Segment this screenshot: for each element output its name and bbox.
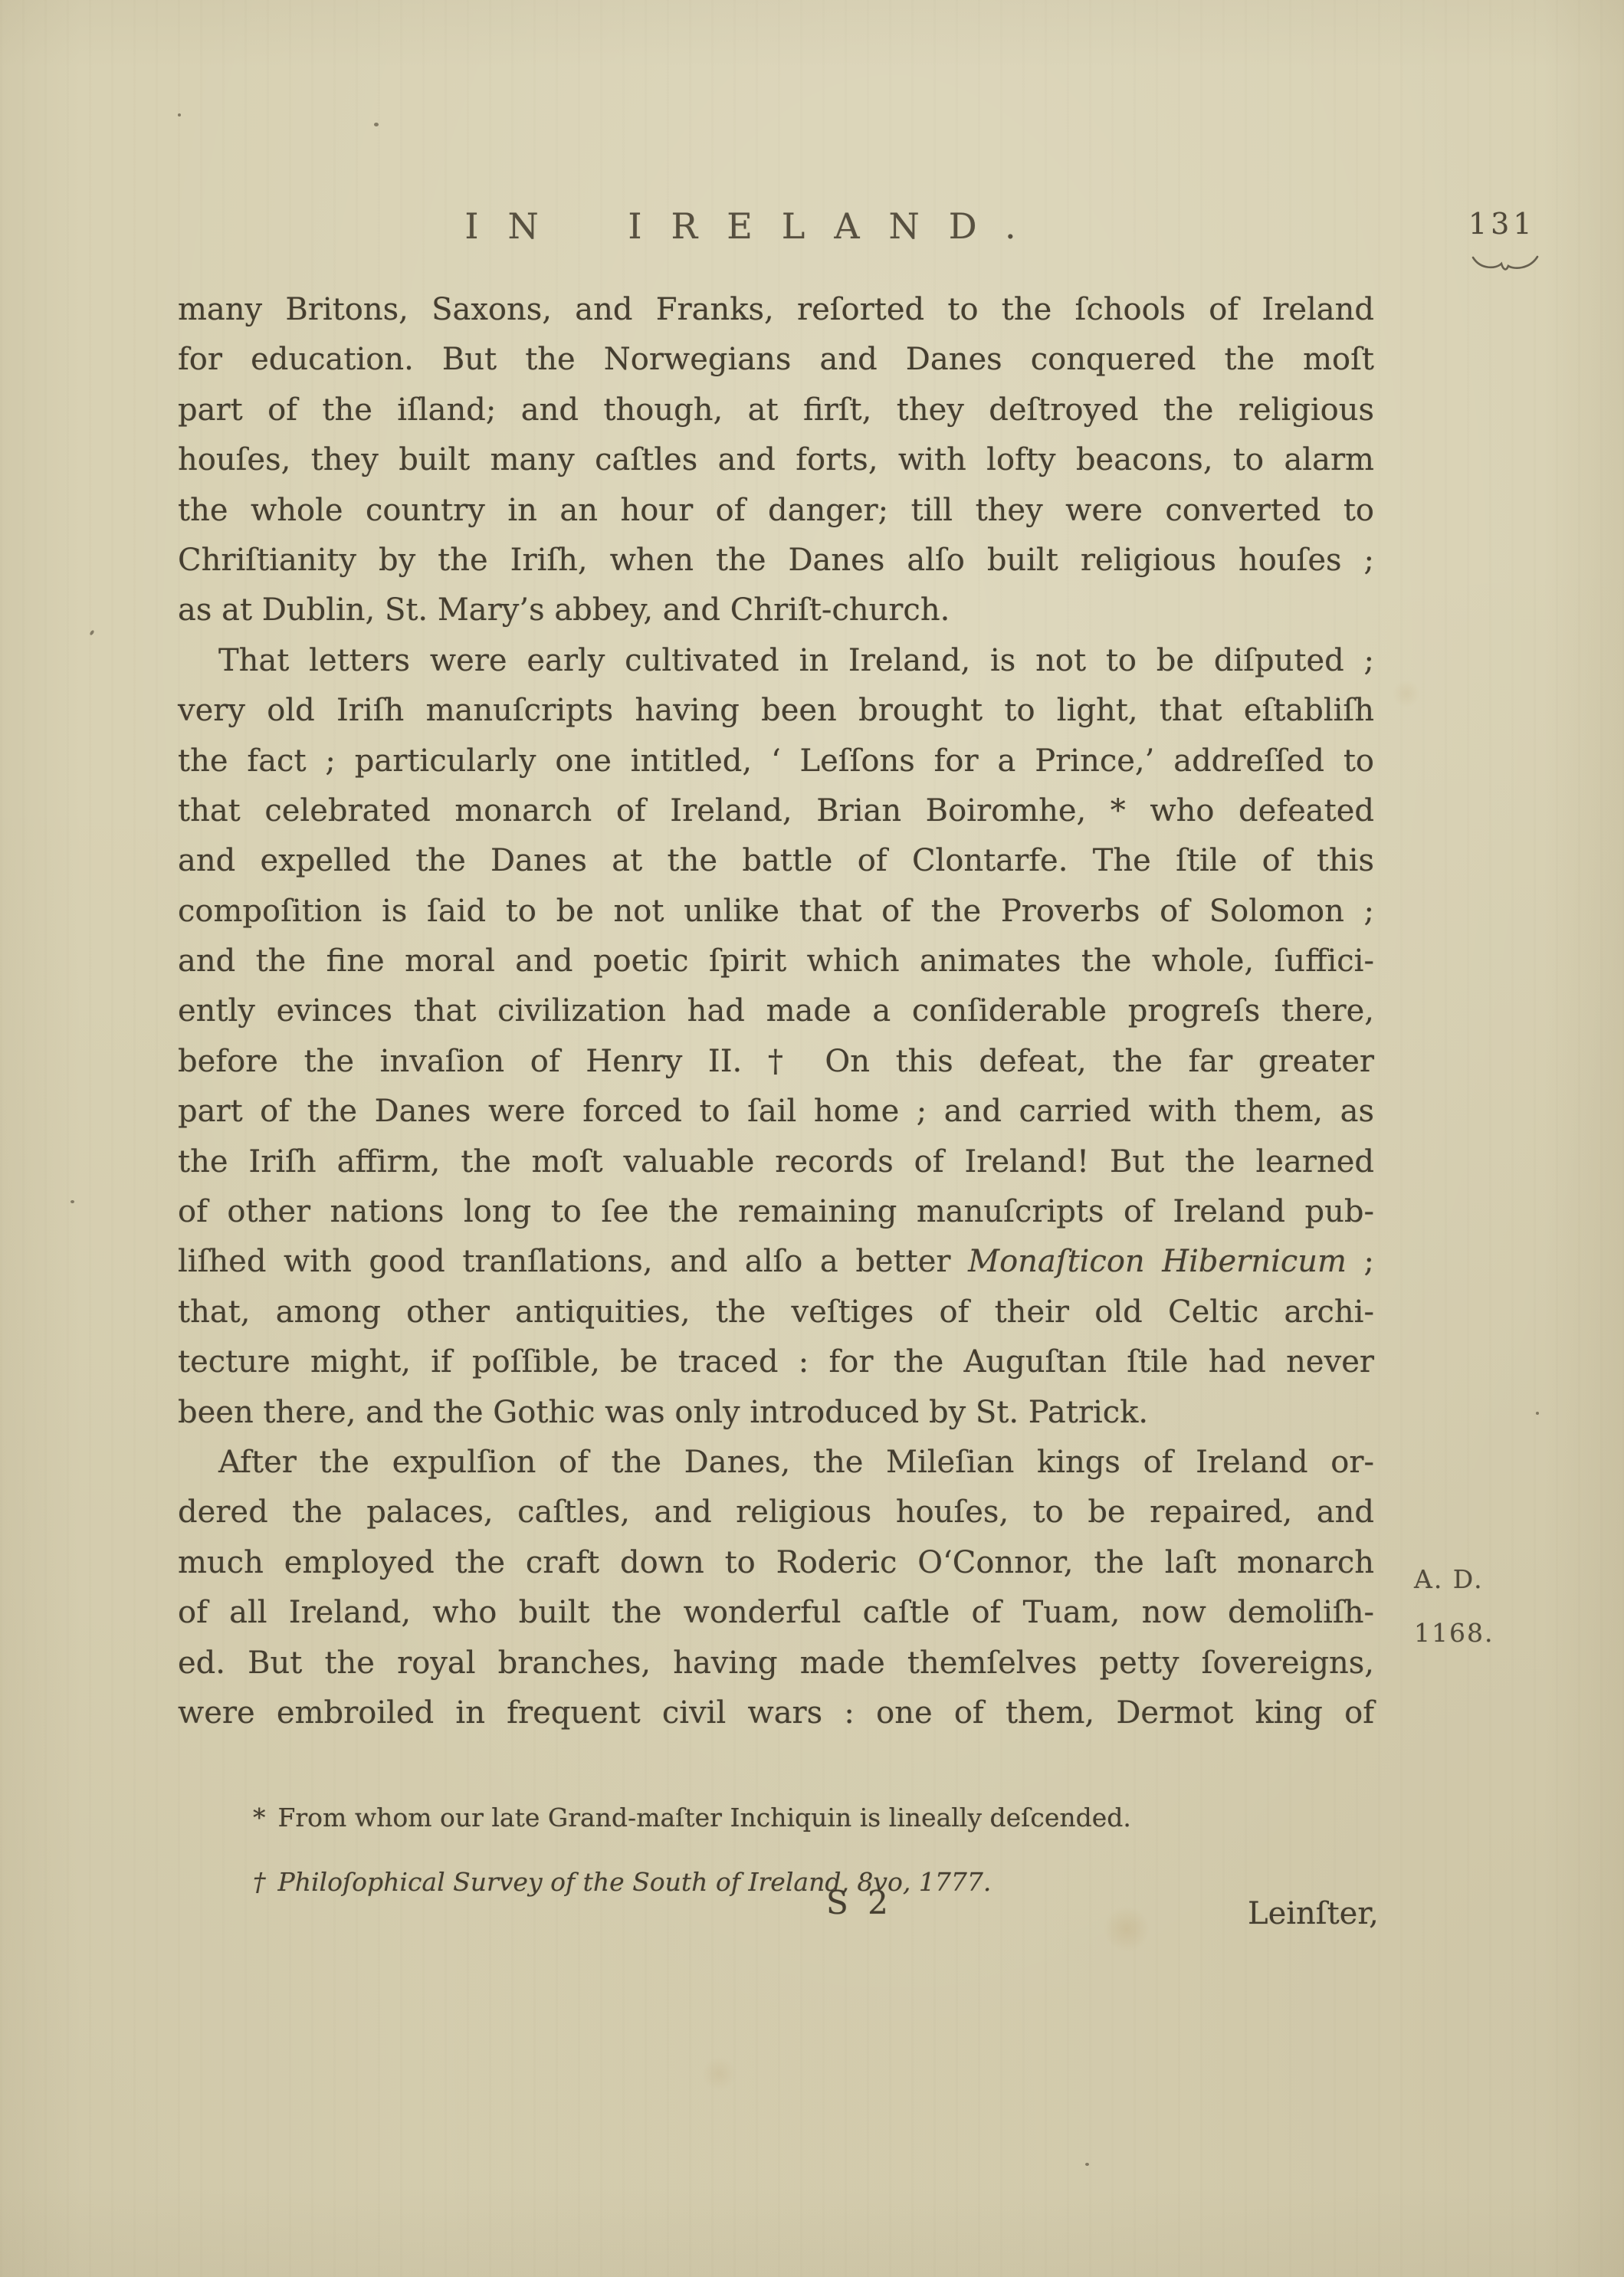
text-segment: part of the Danes were forced to ſail ho…: [178, 1094, 1374, 1129]
text-segment: Chriſtianity by the Iriſh, when the Dane…: [178, 543, 1374, 578]
page-number-brace: [1470, 253, 1540, 277]
text-segment: the Iriſh affirm, the moſt valuable reco…: [178, 1144, 1374, 1180]
text-line: of all Ireland, who built the wonderful …: [178, 1588, 1374, 1638]
catchword: Leinſter,: [1248, 1896, 1379, 1931]
text-line: that celebrated monarch of Ireland, Bria…: [178, 786, 1374, 836]
text-segment: tecture might, if poſſible, be traced : …: [178, 1344, 1374, 1380]
text-line: tecture might, if poſſible, be traced : …: [178, 1337, 1374, 1387]
footnote-text: From whom our late Grand-maſter Inchiqui…: [278, 1803, 1131, 1832]
running-header-title: IN IRELAND.: [399, 205, 1111, 247]
text-line: part of the Danes were forced to ſail ho…: [178, 1087, 1374, 1137]
text-line: Chriſtianity by the Iriſh, when the Dane…: [178, 536, 1374, 586]
text-line: After the expulſion of the Danes, the Mi…: [178, 1438, 1374, 1488]
text-line: That letters were early cultivated in Ir…: [178, 636, 1374, 686]
text-segment: and expelled the Danes at the battle of …: [178, 843, 1374, 878]
text-segment: and the fine moral and poetic ſpirit whi…: [178, 943, 1374, 979]
text-line: before the invaſion of Henry II. † On th…: [178, 1037, 1374, 1087]
text-line: many Britons, Saxons, and Franks, reſort…: [178, 285, 1374, 335]
signature-mark: S 2: [826, 1884, 893, 1921]
text-segment: of all Ireland, who built the wonderful …: [178, 1595, 1374, 1630]
text-line: dered the palaces, caſtles, and religiou…: [178, 1488, 1374, 1537]
text-segment: been there, and the Gothic was only intr…: [178, 1395, 1148, 1430]
text-line: the Iriſh affirm, the moſt valuable reco…: [178, 1137, 1374, 1187]
text-line: houſes, they built many caſtles and fort…: [178, 435, 1374, 485]
footnote-marker: †: [253, 1850, 266, 1914]
text-segment: were embroiled in frequent civil wars : …: [178, 1695, 1374, 1731]
text-line: much employed the craft down to Roderic …: [178, 1538, 1374, 1588]
text-line: been there, and the Gothic was only intr…: [178, 1388, 1374, 1438]
body-text: many Britons, Saxons, and Franks, reſort…: [178, 285, 1374, 1738]
margin-note-date: A. D. 1168.: [1414, 1553, 1494, 1660]
ink-speck: [1085, 2163, 1089, 2166]
text-segment: ently evinces that civilization had made…: [178, 993, 1374, 1029]
text-segment: as at Dublin, St. Mary’s abbey, and Chri…: [178, 592, 950, 628]
text-segment: that celebrated monarch of Ireland, Bria…: [178, 793, 1374, 828]
ink-speck: [89, 629, 94, 635]
text-segment: for education. But the Norwegians and Da…: [178, 342, 1374, 377]
text-segment: After the expulſion of the Danes, the Mi…: [218, 1445, 1374, 1480]
text-line: the whole country in an hour of danger; …: [178, 486, 1374, 536]
text-segment: houſes, they built many caſtles and fort…: [178, 442, 1374, 477]
text-segment: ;: [1347, 1244, 1374, 1279]
text-segment: part of the iſland; and though, at firſt…: [178, 392, 1374, 428]
text-line: compoſition is ſaid to be not unlike tha…: [178, 887, 1374, 937]
text-line: were embroiled in frequent civil wars : …: [178, 1688, 1374, 1738]
text-segment: the whole country in an hour of danger; …: [178, 493, 1374, 528]
footnote: *From whom our late Grand-maſter Inchiqu…: [253, 1786, 1403, 1850]
text-segment: the fact ; particularly one intitled, ‘ …: [178, 743, 1374, 779]
text-segment: many Britons, Saxons, and Franks, reſort…: [178, 292, 1374, 327]
book-page: IN IRELAND. 131 many Britons, Saxons, an…: [0, 0, 1624, 2277]
text-line: and the fine moral and poetic ſpirit whi…: [178, 937, 1374, 986]
text-segment: much employed the craft down to Roderic …: [178, 1545, 1374, 1580]
ink-speck: [1536, 1412, 1539, 1415]
margin-note-line: A. D.: [1414, 1553, 1494, 1606]
text-segment: ed. But the royal branches, having made …: [178, 1645, 1374, 1681]
italic-text-segment: Monaſticon Hibernicum: [968, 1244, 1347, 1279]
text-segment: liſhed with good tranſlations, and alſo …: [178, 1244, 968, 1279]
ink-speck: [71, 1200, 74, 1203]
text-segment: dered the palaces, caſtles, and religiou…: [178, 1494, 1374, 1530]
text-line: part of the iſland; and though, at firſt…: [178, 386, 1374, 435]
text-line: and expelled the Danes at the battle of …: [178, 836, 1374, 886]
text-line: very old Iriſh manuſcripts having been b…: [178, 686, 1374, 736]
text-line: for education. But the Norwegians and Da…: [178, 335, 1374, 385]
text-segment: That letters were early cultivated in Ir…: [218, 643, 1374, 678]
ink-speck: [178, 113, 181, 116]
text-line: as at Dublin, St. Mary’s abbey, and Chri…: [178, 586, 1374, 635]
margin-note-line: 1168.: [1414, 1606, 1494, 1660]
text-segment: before the invaſion of Henry II. † On th…: [178, 1044, 1374, 1079]
text-segment: very old Iriſh manuſcripts having been b…: [178, 693, 1374, 728]
text-line: liſhed with good tranſlations, and alſo …: [178, 1237, 1374, 1287]
text-line: that, among other antiquities, the veſti…: [178, 1288, 1374, 1337]
page-number: 131: [1468, 207, 1536, 241]
text-segment: that, among other antiquities, the veſti…: [178, 1294, 1374, 1330]
ink-speck: [374, 123, 379, 126]
footnote-marker: *: [253, 1786, 266, 1850]
text-line: ently evinces that civilization had made…: [178, 986, 1374, 1036]
text-line: the fact ; particularly one intitled, ‘ …: [178, 737, 1374, 786]
text-segment: of other nations long to ſee the remaini…: [178, 1194, 1374, 1229]
text-segment: compoſition is ſaid to be not unlike tha…: [178, 894, 1374, 929]
text-line: ed. But the royal branches, having made …: [178, 1639, 1374, 1688]
text-line: of other nations long to ſee the remaini…: [178, 1187, 1374, 1237]
